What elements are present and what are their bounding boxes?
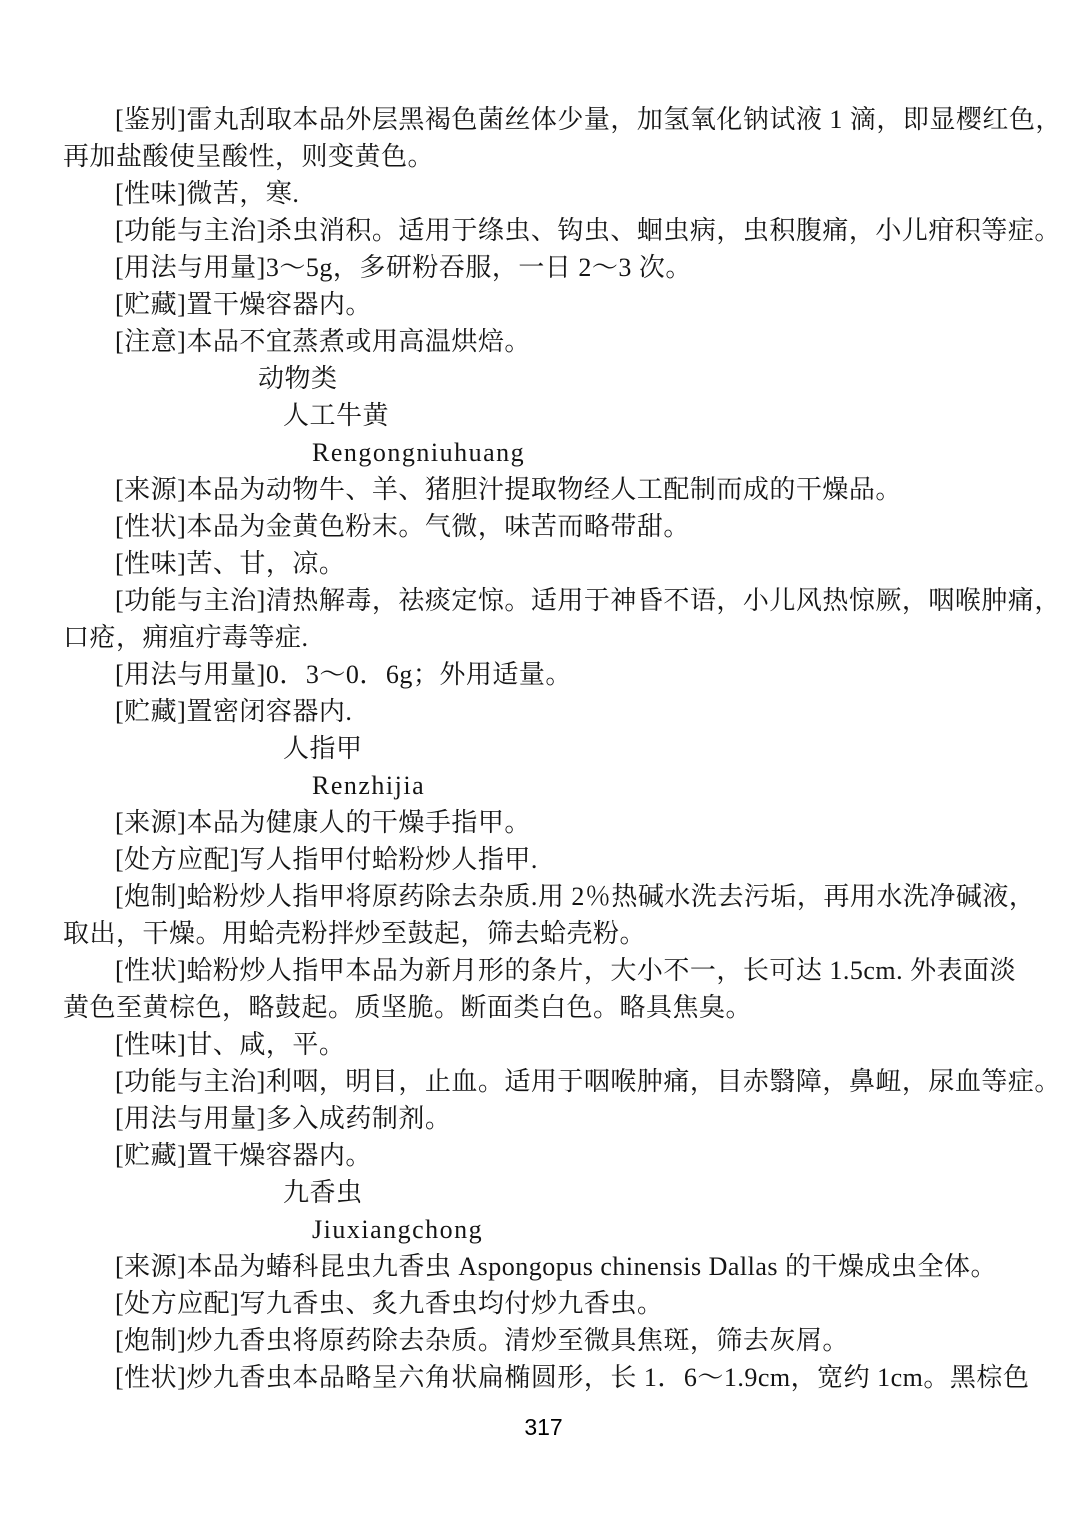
text-line: [处方应配]写九香虫、炙九香虫均付炒九香虫。 <box>63 1285 1031 1322</box>
text-line: 黄色至黄棕色，略鼓起。质坚脆。断面类白色。略具焦臭。 <box>63 989 1031 1026</box>
page-number: 317 <box>0 1414 1087 1441</box>
text-line: 口疮，痈疽疔毒等症. <box>63 619 1031 656</box>
text-line: 取出，干燥。用蛤壳粉拌炒至鼓起，筛去蛤壳粉。 <box>63 915 1031 952</box>
text-line: [鉴别]雷丸刮取本品外层黑褐色菌丝体少量，加氢氧化钠试液 1 滴，即显樱红色， <box>63 101 1031 138</box>
drug-name-heading: 人工牛黄 <box>63 397 1031 434</box>
pinyin-heading: Jiuxiangchong <box>63 1211 1031 1248</box>
drug-name-heading: 九香虫 <box>63 1174 1031 1211</box>
text-line: [贮藏]置干燥容器内。 <box>63 1137 1031 1174</box>
text-line: [性味]微苦，寒. <box>63 175 1031 212</box>
text-line: [功能与主治]清热解毒，祛痰定惊。适用于神昏不语，小儿风热惊厥，咽喉肿痛， <box>63 582 1031 619</box>
drug-name-heading: 人指甲 <box>63 730 1031 767</box>
text-line: [处方应配]写人指甲付蛤粉炒人指甲. <box>63 841 1031 878</box>
text-line: 再加盐酸使呈酸性，则变黄色。 <box>63 138 1031 175</box>
text-line: [来源]本品为动物牛、羊、猪胆汁提取物经人工配制而成的干燥品。 <box>63 471 1031 508</box>
text-line: [来源]本品为蝽科昆虫九香虫 Aspongopus chinensis Dall… <box>63 1248 1031 1285</box>
pinyin-heading: Rengongniuhuang <box>63 434 1031 471</box>
text-line: [功能与主治]利咽，明目，止血。适用于咽喉肿痛，目赤翳障，鼻衄，尿血等症。 <box>63 1063 1031 1100</box>
category-heading: 动物类 <box>63 360 1031 397</box>
text-line: [性状]蛤粉炒人指甲本品为新月形的条片，大小不一，长可达 1.5cm. 外表面淡 <box>63 952 1031 989</box>
text-line: [用法与用量]0．3～0．6g；外用适量。 <box>63 656 1031 693</box>
text-line: [性味]苦、甘，凉。 <box>63 545 1031 582</box>
text-line: [用法与用量]3～5g，多研粉吞服，一日 2～3 次。 <box>63 249 1031 286</box>
text-line: [注意]本品不宜蒸煮或用高温烘焙。 <box>63 323 1031 360</box>
text-line: [来源]本品为健康人的干燥手指甲。 <box>63 804 1031 841</box>
text-line: [贮藏]置干燥容器内。 <box>63 286 1031 323</box>
text-line: [炮制]炒九香虫将原药除去杂质。清炒至微具焦斑，筛去灰屑。 <box>63 1322 1031 1359</box>
text-line: [炮制]蛤粉炒人指甲将原药除去杂质.用 2％热碱水洗去污垢，再用水洗净碱液， <box>63 878 1031 915</box>
text-line: [性味]甘、咸，平。 <box>63 1026 1031 1063</box>
pinyin-heading: Renzhijia <box>63 767 1031 804</box>
text-line: [用法与用量]多入成药制剂。 <box>63 1100 1031 1137</box>
document-page: [鉴别]雷丸刮取本品外层黑褐色菌丝体少量，加氢氧化钠试液 1 滴，即显樱红色，再… <box>0 0 1087 1536</box>
text-block: [鉴别]雷丸刮取本品外层黑褐色菌丝体少量，加氢氧化钠试液 1 滴，即显樱红色，再… <box>63 101 1031 1396</box>
text-line: [贮藏]置密闭容器内. <box>63 693 1031 730</box>
text-line: [功能与主治]杀虫消积。适用于绦虫、钩虫、蛔虫病，虫积腹痛，小儿疳积等症。 <box>63 212 1031 249</box>
text-line: [性状]炒九香虫本品略呈六角状扁椭圆形，长 1．6～1.9cm，宽约 1cm。黑… <box>63 1359 1031 1396</box>
text-line: [性状]本品为金黄色粉末。气微，味苦而略带甜。 <box>63 508 1031 545</box>
